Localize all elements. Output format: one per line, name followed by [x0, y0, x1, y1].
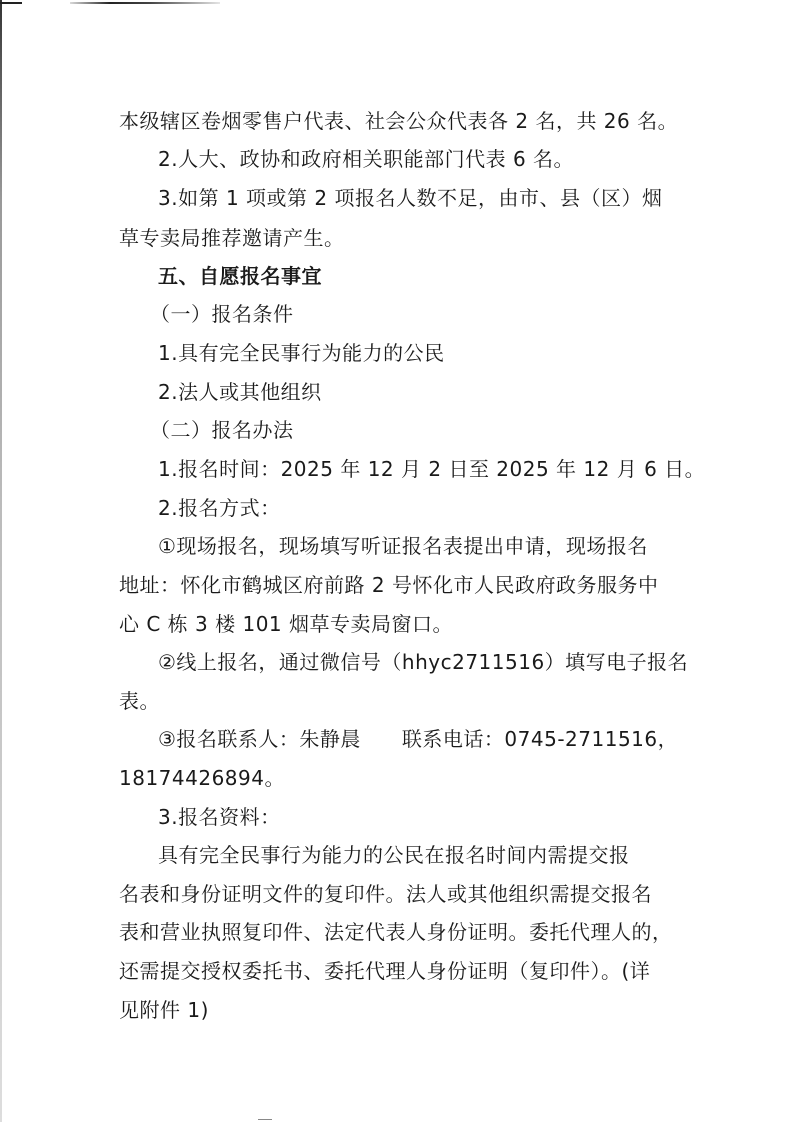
materials-text-4: 还需提交授权委托书、委托代理人身份证明（复印件）。(详 [119, 959, 650, 983]
online-registration: ②线上报名，通过微信号（hhyc2711516）填写电子报名 [158, 650, 688, 674]
text-line-continuation-reps: 本级辖区卷烟零售户代表、社会公众代表各 2 名，共 26 名。 [119, 109, 678, 133]
scan-edge-bottom [258, 1119, 272, 1120]
condition-item-2: 2.法人或其他组织 [158, 380, 322, 404]
text-line-item-3-reps: 3.如第 1 项或第 2 项报名人数不足，由市、县（区）烟 [158, 186, 662, 210]
text-line-item-3-cont: 草专卖局推荐邀请产生。 [119, 226, 345, 250]
scan-edge-top [0, 2, 22, 4]
registration-time: 1.报名时间：2025 年 12 月 2 日至 2025 年 12 月 6 日。 [158, 457, 705, 481]
condition-item-1: 1.具有完全民事行为能力的公民 [158, 341, 445, 365]
contact-person: ③报名联系人：朱静晨 联系电话：0745-2711516， [158, 727, 678, 751]
subsection-heading-method: （二）报名办法 [150, 418, 294, 442]
scan-edge-top-smudge [70, 2, 220, 4]
scan-edge-left [0, 0, 2, 1122]
text-line-item-2-reps: 2.人大、政协和政府相关职能部门代表 6 名。 [158, 147, 574, 171]
materials-text-2: 名表和身份证明文件的复印件。法人或其他组织需提交报名 [119, 882, 652, 906]
materials-text-1: 具有完全民事行为能力的公民在报名时间内需提交报 [158, 843, 630, 867]
materials-text-5: 见附件 1) [119, 998, 209, 1022]
onsite-address-cont: 心 C 栋 3 楼 101 烟草专卖局窗口。 [119, 612, 453, 636]
onsite-address: 地址：怀化市鹤城区府前路 2 号怀化市人民政府政务服务中 [119, 573, 658, 597]
registration-method-label: 2.报名方式： [158, 496, 281, 520]
online-registration-cont: 表。 [119, 689, 160, 713]
subsection-heading-conditions: （一）报名条件 [150, 302, 294, 326]
section-heading-registration: 五、自愿报名事宜 [158, 264, 322, 288]
contact-phone-cont: 18174426894。 [119, 766, 285, 790]
registration-materials-label: 3.报名资料： [158, 805, 281, 829]
onsite-registration: ①现场报名，现场填写听证报名表提出申请，现场报名 [158, 534, 648, 558]
materials-text-3: 表和营业执照复印件、法定代表人身份证明。委托代理人的， [119, 920, 673, 944]
